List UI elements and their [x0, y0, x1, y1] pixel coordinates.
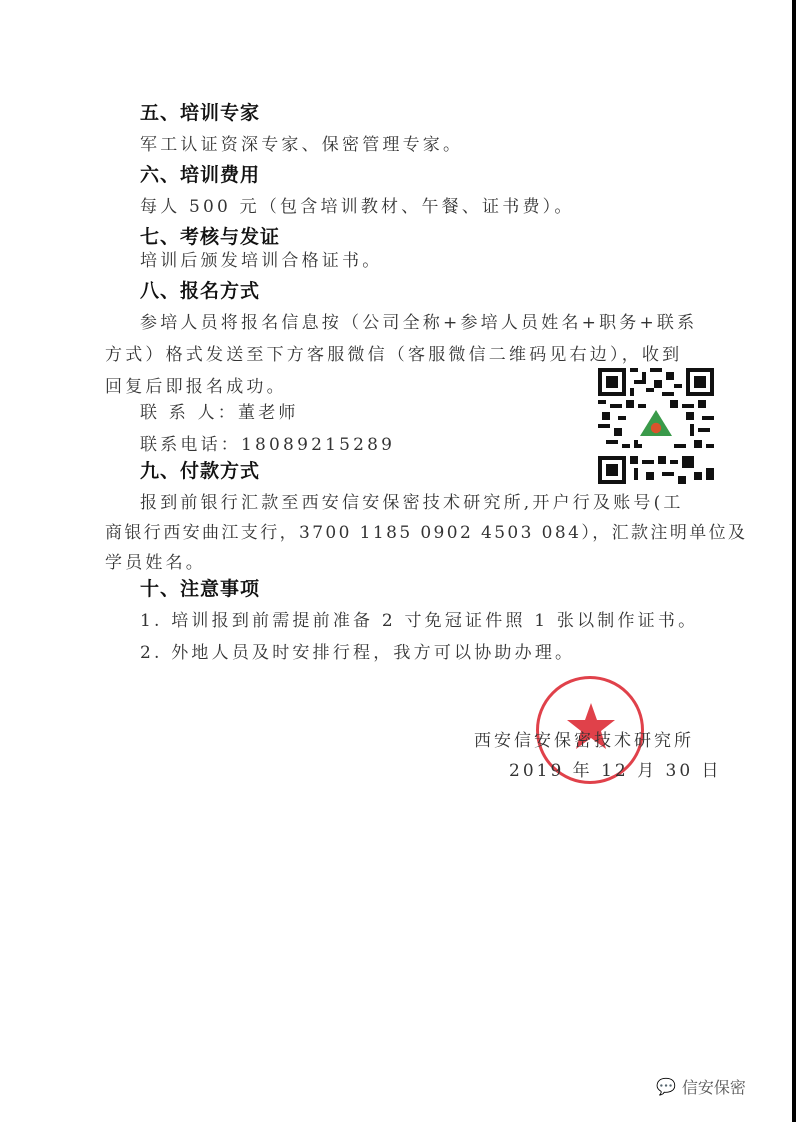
wechat-watermark: 💬 信安保密	[656, 1075, 746, 1098]
heading-training-experts: 五、培训专家	[140, 98, 260, 125]
wechat-icon: 💬	[656, 1077, 676, 1096]
contact-phone: 联系电话：18089215289	[140, 430, 395, 455]
contact-person: 联 系 人：董老师	[140, 398, 299, 423]
heading-payment: 九、付款方式	[140, 456, 260, 483]
registration-line-1: 参培人员将报名信息按（公司全称+参培人员姓名+职务+联系	[140, 308, 697, 333]
registration-line-3: 回复后即报名成功。	[105, 372, 287, 397]
note-item-2: 2. 外地人员及时安排行程，我方可以协助办理。	[140, 638, 575, 663]
fee-text: 每人 500 元（包含培训教材、午餐、证书费）。	[140, 192, 575, 217]
signature-date: 2019 年 12 月 30 日	[509, 756, 722, 781]
experts-text: 军工认证资深专家、保密管理专家。	[140, 130, 463, 155]
assessment-text: 培训后颁发培训合格证书。	[140, 246, 382, 271]
wechat-qr-code[interactable]	[598, 368, 714, 484]
payment-line-3: 学员姓名。	[105, 548, 206, 573]
registration-line-2: 方式）格式发送至下方客服微信（客服微信二维码见右边），收到	[105, 340, 682, 365]
heading-assessment: 七、考核与发证	[140, 222, 280, 249]
payment-line-1: 报到前银行汇款至西安信安保密技术研究所,开户行及账号(工	[140, 488, 684, 513]
watermark-text: 信安保密	[682, 1075, 746, 1098]
note-item-1: 1. 培训报到前需提前准备 2 寸免冠证件照 1 张以制作证书。	[140, 606, 698, 631]
payment-line-2: 商银行西安曲江支行，3700 1185 0902 4503 084），汇款注明单…	[105, 518, 747, 543]
document-page: 五、培训专家 军工认证资深专家、保密管理专家。 六、培训费用 每人 500 元（…	[0, 0, 796, 1122]
heading-notes: 十、注意事项	[140, 574, 260, 601]
page-edge-border	[792, 0, 796, 1122]
heading-registration: 八、报名方式	[140, 276, 260, 303]
signature-org: 西安信安保密技术研究所	[474, 726, 694, 751]
heading-training-fee: 六、培训费用	[140, 160, 260, 187]
qr-code-icon	[598, 368, 714, 484]
